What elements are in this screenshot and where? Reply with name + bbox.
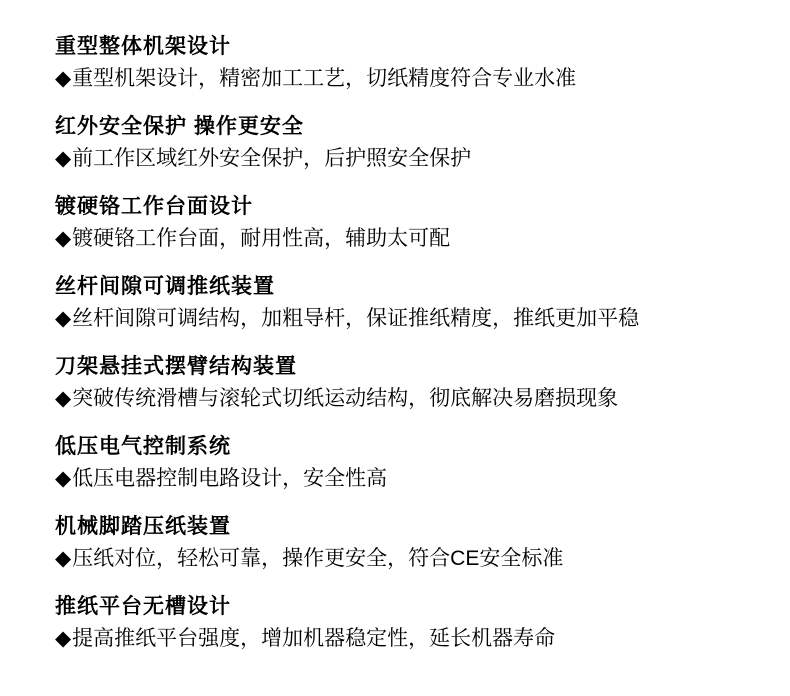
feature-bullet: ◆ 低压电器控制电路设计，安全性高: [55, 465, 770, 492]
feature-bullet-text: 提高推纸平台强度，增加机器稳定性，延长机器寿命: [72, 625, 555, 652]
feature-bullet-text: 丝杆间隙可调结构，加粗导杆，保证推纸精度，推纸更加平稳: [72, 305, 639, 332]
feature-bullet: ◆ 丝杆间隙可调结构，加粗导杆，保证推纸精度，推纸更加平稳: [55, 305, 770, 332]
feature-heading: 红外安全保护 操作更安全: [55, 113, 770, 140]
diamond-bullet-icon: ◆: [55, 145, 71, 172]
diamond-bullet-icon: ◆: [55, 625, 71, 652]
feature-section: 丝杆间隙可调推纸装置 ◆ 丝杆间隙可调结构，加粗导杆，保证推纸精度，推纸更加平稳: [55, 273, 770, 353]
diamond-bullet-icon: ◆: [55, 65, 71, 92]
feature-bullet-text: 镀硬铬工作台面，耐用性高，辅助太可配: [72, 225, 450, 252]
feature-bullet-text: 低压电器控制电路设计，安全性高: [72, 465, 387, 492]
feature-section: 红外安全保护 操作更安全 ◆ 前工作区域红外安全保护，后护照安全保护: [55, 113, 770, 193]
feature-section: 推纸平台无槽设计 ◆ 提高推纸平台强度，增加机器稳定性，延长机器寿命: [55, 593, 770, 673]
feature-heading: 机械脚踏压纸装置: [55, 513, 770, 540]
feature-heading: 镀硬铬工作台面设计: [55, 193, 770, 220]
feature-bullet: ◆ 重型机架设计，精密加工工艺，切纸精度符合专业水准: [55, 65, 770, 92]
feature-bullet-text: 压纸对位，轻松可靠，操作更安全，符合CE安全标准: [72, 545, 563, 572]
feature-bullet-text: 重型机架设计，精密加工工艺，切纸精度符合专业水准: [72, 65, 576, 92]
feature-heading: 重型整体机架设计: [55, 33, 770, 60]
feature-section: 镀硬铬工作台面设计 ◆ 镀硬铬工作台面，耐用性高，辅助太可配: [55, 193, 770, 273]
feature-section: 低压电气控制系统 ◆ 低压电器控制电路设计，安全性高: [55, 433, 770, 513]
feature-section: 重型整体机架设计 ◆ 重型机架设计，精密加工工艺，切纸精度符合专业水准: [55, 33, 770, 113]
feature-bullet: ◆ 压纸对位，轻松可靠，操作更安全，符合CE安全标准: [55, 545, 770, 572]
diamond-bullet-icon: ◆: [55, 465, 71, 492]
feature-bullet: ◆ 前工作区域红外安全保护，后护照安全保护: [55, 145, 770, 172]
feature-bullet: ◆ 突破传统滑槽与滚轮式切纸运动结构，彻底解决易磨损现象: [55, 385, 770, 412]
feature-bullet: ◆ 提高推纸平台强度，增加机器稳定性，延长机器寿命: [55, 625, 770, 652]
diamond-bullet-icon: ◆: [55, 385, 71, 412]
feature-bullet-text: 突破传统滑槽与滚轮式切纸运动结构，彻底解决易磨损现象: [72, 385, 618, 412]
feature-heading: 推纸平台无槽设计: [55, 593, 770, 620]
feature-bullet-text: 前工作区域红外安全保护，后护照安全保护: [72, 145, 471, 172]
diamond-bullet-icon: ◆: [55, 305, 71, 332]
diamond-bullet-icon: ◆: [55, 545, 71, 572]
feature-heading: 刀架悬挂式摆臂结构装置: [55, 353, 770, 380]
feature-heading: 丝杆间隙可调推纸装置: [55, 273, 770, 300]
feature-section: 机械脚踏压纸装置 ◆ 压纸对位，轻松可靠，操作更安全，符合CE安全标准: [55, 513, 770, 593]
feature-list-page: 重型整体机架设计 ◆ 重型机架设计，精密加工工艺，切纸精度符合专业水准 红外安全…: [0, 0, 790, 696]
feature-section: 刀架悬挂式摆臂结构装置 ◆ 突破传统滑槽与滚轮式切纸运动结构，彻底解决易磨损现象: [55, 353, 770, 433]
diamond-bullet-icon: ◆: [55, 225, 71, 252]
feature-heading: 低压电气控制系统: [55, 433, 770, 460]
feature-bullet: ◆ 镀硬铬工作台面，耐用性高，辅助太可配: [55, 225, 770, 252]
